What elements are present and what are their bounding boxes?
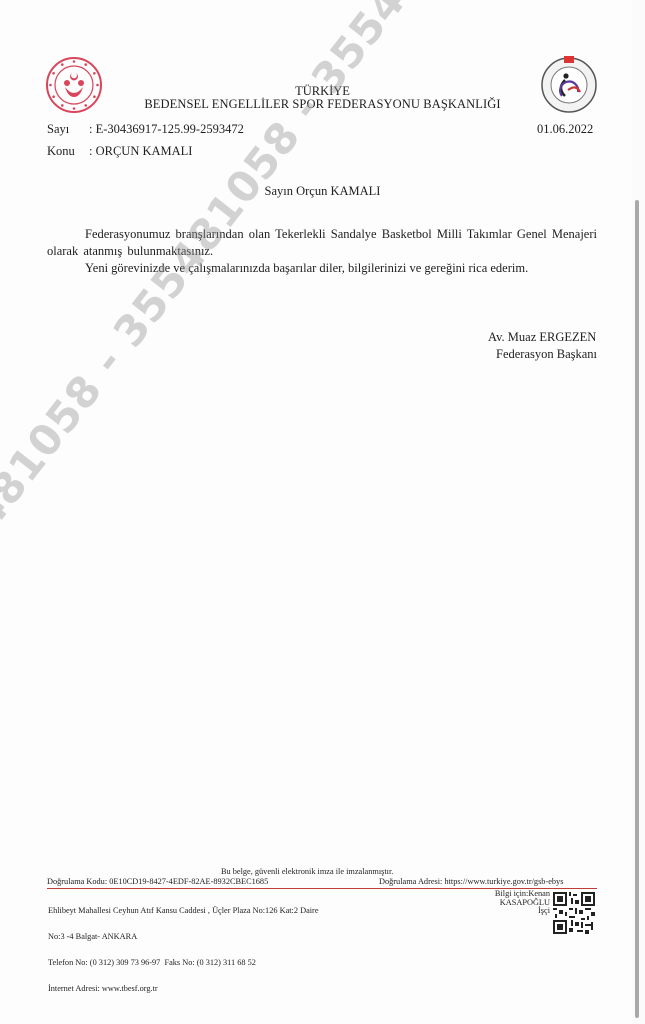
e-signature-note: Bu belge, güvenli elektronik imza ile im… <box>221 867 393 876</box>
footer-address: Ehlibeyt Mahallesi Ceyhun Atıf Kansu Cad… <box>48 890 319 1010</box>
address-line: Ehlibeyt Mahallesi Ceyhun Atıf Kansu Cad… <box>48 907 319 916</box>
paragraph-2: Yeni görevinizde ve çalışmalarınızda baş… <box>47 260 597 277</box>
document-page: TÜRKİYE BEDENSEL ENGELLİLER SPOR FEDERAS… <box>0 0 632 1024</box>
konu-label: Konu <box>47 144 75 159</box>
phone-line: Telefon No: (0 312) 309 73 96-97 Faks No… <box>48 959 319 968</box>
website-line[interactable]: İnternet Adresi: www.tbesf.org.tr <box>48 985 319 994</box>
signer-title: Federasyon Başkanı <box>496 347 597 362</box>
paragraph-1: Federasyonumuz branşlarından olan Tekerl… <box>47 226 597 260</box>
sayi-value: : E-30436917-125.99-2593472 <box>89 122 244 137</box>
sayi-label: Sayı <box>47 122 69 137</box>
document-date: 01.06.2022 <box>537 122 593 137</box>
verification-address[interactable]: Doğrulama Adresi: https://www.turkiye.go… <box>379 877 563 886</box>
verification-code: Doğrulama Kodu: 0E10CD19-8427-4EDF-82AE-… <box>47 877 268 886</box>
signer-name: Av. Muaz ERGEZEN <box>488 330 596 345</box>
salutation: Sayın Orçun KAMALI <box>0 184 645 199</box>
header-organization: BEDENSEL ENGELLİLER SPOR FEDERASYONU BAŞ… <box>0 97 560 112</box>
scrollbar-thumb[interactable] <box>635 200 639 1018</box>
contact-line: İşçi <box>470 907 550 916</box>
konu-value: : ORÇUN KAMALI <box>89 144 192 159</box>
contact-info: Bilgi için:Kenan KASAPOĞLU İşçi <box>470 890 550 916</box>
qr-code-icon <box>553 892 595 934</box>
address-line: No:3 -4 Balgat- ANKARA <box>48 933 319 942</box>
letter-body: Federasyonumuz branşlarından olan Tekerl… <box>47 226 597 277</box>
